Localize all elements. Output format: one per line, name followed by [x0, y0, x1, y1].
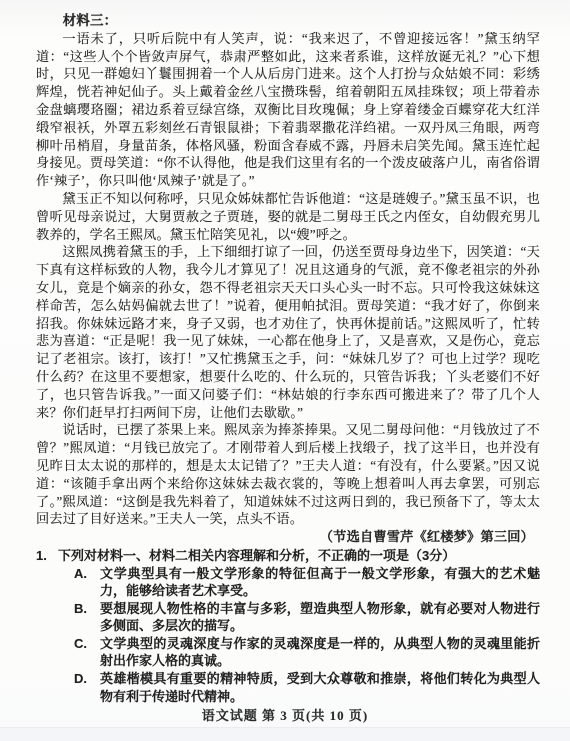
question-number: 1.: [36, 547, 58, 565]
citation-line: （节选自曹雪芹《红楼梦》第三回）: [36, 528, 540, 546]
question-1: 1. 下列对材料一、材料二相关内容理解和分析，不正确的一项是（3分） A. 文学…: [36, 547, 540, 705]
page-footer: 语文试题 第 3 页(共 10 页): [0, 705, 570, 724]
option-b-text: 要想展现人物性格的丰富与多彩，塑造典型人物形象，就有必要对人物进行多侧面、多层次…: [100, 600, 540, 635]
scan-edge-strip: [0, 727, 570, 741]
option-d-text: 英雄楷模具有重要的精神特质，受到大众尊敬和推崇，将他们转化为典型人物有利于传递时…: [100, 670, 540, 705]
page-content: 材料三： 一语未了，只听后院中有人笑声，说：“我来迟了，不曾迎接远客！”黛玉纳罕…: [0, 0, 570, 705]
option-b-label: B.: [74, 600, 100, 618]
option-c: C. 文学典型的灵魂深度与作家的灵魂深度是一样的，从典型人物的灵魂里能折射出作家…: [74, 635, 540, 670]
option-a-label: A.: [74, 565, 100, 583]
passage-paragraph: 这熙凤携着黛玉的手，上下细细打谅了一回，仍送至贾母身边坐下，因笑道：“天下真有这…: [36, 243, 540, 421]
passage-paragraph: 说话时，已摆了茶果上来。熙凤亲为捧茶捧果。又见二舅母问他：“月钱放过了不曾？”熙…: [36, 421, 540, 528]
reading-passage: 材料三： 一语未了，只听后院中有人笑声，说：“我来迟了，不曾迎接远客！”黛玉纳罕…: [36, 12, 540, 546]
options-list: A. 文学典型具有一般文学形象的特征但高于一般文学形象，有强大的艺术魅力，能够给…: [36, 565, 540, 706]
question-stem: 下列对材料一、材料二相关内容理解和分析，不正确的一项是（3分）: [58, 547, 540, 565]
passage-paragraph: 一语未了，只听后院中有人笑声，说：“我来迟了，不曾迎接远客！”黛玉纳罕道：“这些…: [36, 30, 540, 190]
option-d: D. 英雄楷模具有重要的精神特质，受到大众尊敬和推崇，将他们转化为典型人物有利于…: [74, 670, 540, 705]
option-d-label: D.: [74, 670, 100, 688]
material-heading: 材料三：: [36, 12, 540, 30]
passage-paragraph: 黛玉正不知以何称呼，只见众姊妹都忙告诉他道：“这是琏嫂子。”黛玉虽不识，也曾听见…: [36, 190, 540, 243]
option-c-label: C.: [74, 635, 100, 653]
exam-page-scan: 材料三： 一语未了，只听后院中有人笑声，说：“我来迟了，不曾迎接远客！”黛玉纳罕…: [0, 0, 570, 741]
option-b: B. 要想展现人物性格的丰富与多彩，塑造典型人物形象，就有必要对人物进行多侧面、…: [74, 600, 540, 635]
option-c-text: 文学典型的灵魂深度与作家的灵魂深度是一样的，从典型人物的灵魂里能折射出作家人格的…: [100, 635, 540, 670]
option-a-text: 文学典型具有一般文学形象的特征但高于一般文学形象，有强大的艺术魅力，能够给读者艺…: [100, 565, 540, 600]
question-stem-row: 1. 下列对材料一、材料二相关内容理解和分析，不正确的一项是（3分）: [36, 547, 540, 565]
option-a: A. 文学典型具有一般文学形象的特征但高于一般文学形象，有强大的艺术魅力，能够给…: [74, 565, 540, 600]
